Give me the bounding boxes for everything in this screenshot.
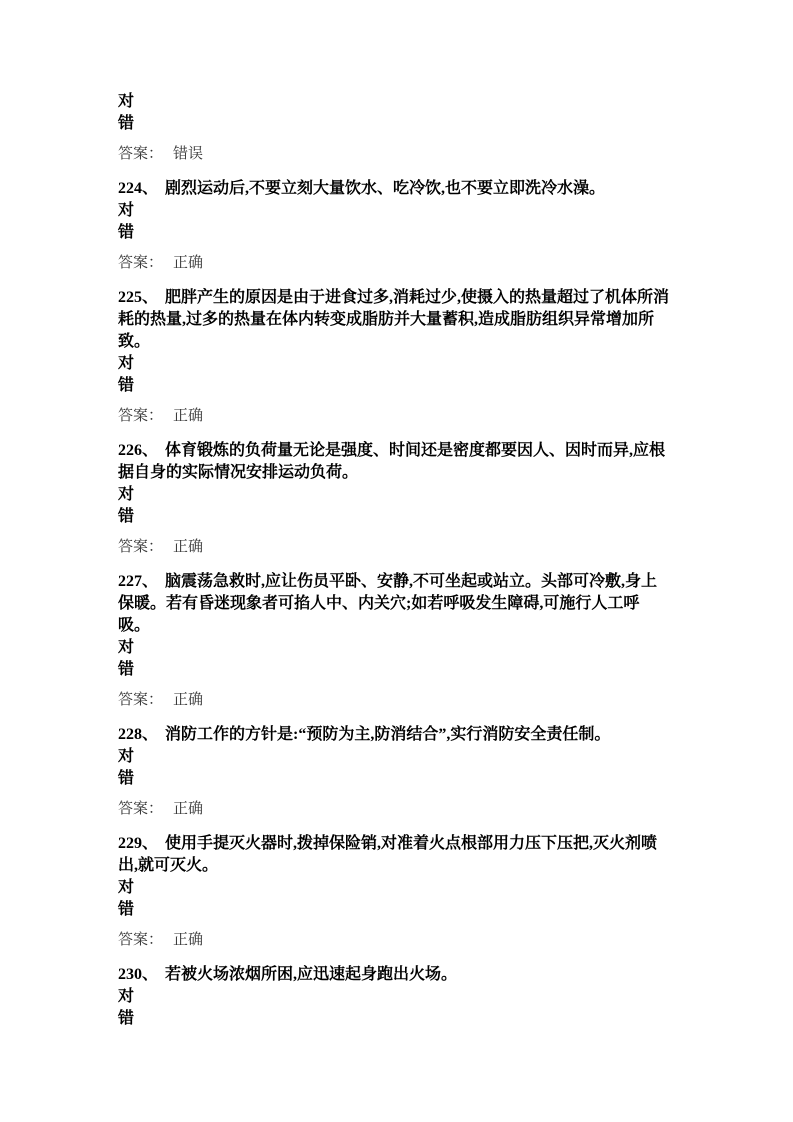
question-number: 224、 <box>118 180 158 197</box>
option-false: 错 <box>118 899 670 921</box>
answer-line: 答案：正确 <box>118 536 670 558</box>
question-text: 227、脑震荡急救时,应让伤员平卧、安静,不可坐起或站立。头部可冷敷,身上保暖。… <box>118 571 670 637</box>
document-page: 对 错 答案：错误 224、剧烈运动后,不要立刻大量饮水、吃冷饮,也不要立即洗冷… <box>0 0 793 1122</box>
question-block-224: 224、剧烈运动后,不要立刻大量饮水、吃冷饮,也不要立即洗冷水澡。 对 错 答案… <box>118 178 670 274</box>
answer-value: 正确 <box>173 932 203 948</box>
question-body: 脑震荡急救时,应让伤员平卧、安静,不可坐起或站立。头部可冷敷,身上保暖。若有昏迷… <box>118 573 657 634</box>
answer-line: 答案：错误 <box>118 143 670 165</box>
answer-line: 答案：正确 <box>118 689 670 711</box>
question-number: 226、 <box>118 442 158 459</box>
answer-label: 答案： <box>118 801 163 817</box>
question-number: 229、 <box>118 835 158 852</box>
question-fragment-223: 对 错 答案：错误 <box>118 91 670 165</box>
option-false: 错 <box>118 113 670 135</box>
option-true: 对 <box>118 353 670 375</box>
question-block-226: 226、体育锻炼的负荷量无论是强度、时间还是密度都要因人、因时而异,应根据自身的… <box>118 440 670 558</box>
question-text: 229、使用手提灭火器时,拨掉保险销,对准着火点根部用力压下压把,灭火剂喷出,就… <box>118 833 670 877</box>
answer-line: 答案：正确 <box>118 405 670 427</box>
question-text: 226、体育锻炼的负荷量无论是强度、时间还是密度都要因人、因时而异,应根据自身的… <box>118 440 670 484</box>
option-false: 错 <box>118 222 670 244</box>
question-text: 228、消防工作的方针是:“预防为主,防消结合”,实行消防安全责任制。 <box>118 724 670 746</box>
option-true: 对 <box>118 200 670 222</box>
question-block-227: 227、脑震荡急救时,应让伤员平卧、安静,不可坐起或站立。头部可冷敷,身上保暖。… <box>118 571 670 711</box>
answer-label: 答案： <box>118 539 163 555</box>
option-true: 对 <box>118 986 670 1008</box>
option-true: 对 <box>118 877 670 899</box>
answer-value: 正确 <box>173 539 203 555</box>
question-body: 使用手提灭火器时,拨掉保险销,对准着火点根部用力压下压把,灭火剂喷出,就可灭火。 <box>118 835 657 874</box>
answer-label: 答案： <box>118 692 163 708</box>
question-text: 225、肥胖产生的原因是由于进食过多,消耗过少,使摄入的热量超过了机体所消耗的热… <box>118 287 670 353</box>
question-block-228: 228、消防工作的方针是:“预防为主,防消结合”,实行消防安全责任制。 对 错 … <box>118 724 670 820</box>
question-number: 225、 <box>118 289 158 306</box>
question-number: 230、 <box>118 966 158 983</box>
answer-value: 正确 <box>173 801 203 817</box>
answer-line: 答案：正确 <box>118 252 670 274</box>
question-block-225: 225、肥胖产生的原因是由于进食过多,消耗过少,使摄入的热量超过了机体所消耗的热… <box>118 287 670 427</box>
option-true: 对 <box>118 637 670 659</box>
option-false: 错 <box>118 1008 670 1030</box>
question-number: 228、 <box>118 726 158 743</box>
answer-label: 答案： <box>118 146 163 162</box>
question-body: 肥胖产生的原因是由于进食过多,消耗过少,使摄入的热量超过了机体所消耗的热量,过多… <box>118 289 669 350</box>
option-false: 错 <box>118 506 670 528</box>
option-true: 对 <box>118 746 670 768</box>
option-false: 错 <box>118 659 670 681</box>
question-body: 剧烈运动后,不要立刻大量饮水、吃冷饮,也不要立即洗冷水澡。 <box>165 180 605 197</box>
question-block-230: 230、若被火场浓烟所困,应迅速起身跑出火场。 对 错 <box>118 964 670 1030</box>
option-true: 对 <box>118 91 670 113</box>
answer-label: 答案： <box>118 255 163 271</box>
answer-line: 答案：正确 <box>118 798 670 820</box>
answer-value: 正确 <box>173 692 203 708</box>
option-true: 对 <box>118 484 670 506</box>
question-body: 消防工作的方针是:“预防为主,防消结合”,实行消防安全责任制。 <box>165 726 610 743</box>
question-text: 230、若被火场浓烟所困,应迅速起身跑出火场。 <box>118 964 670 986</box>
option-false: 错 <box>118 375 670 397</box>
option-false: 错 <box>118 768 670 790</box>
question-body: 体育锻炼的负荷量无论是强度、时间还是密度都要因人、因时而异,应根据自身的实际情况… <box>118 442 665 481</box>
answer-value: 错误 <box>173 146 203 162</box>
question-number: 227、 <box>118 573 158 590</box>
question-body: 若被火场浓烟所困,应迅速起身跑出火场。 <box>165 966 457 983</box>
answer-label: 答案： <box>118 408 163 424</box>
answer-line: 答案：正确 <box>118 929 670 951</box>
answer-value: 正确 <box>173 255 203 271</box>
question-block-229: 229、使用手提灭火器时,拨掉保险销,对准着火点根部用力压下压把,灭火剂喷出,就… <box>118 833 670 951</box>
question-text: 224、剧烈运动后,不要立刻大量饮水、吃冷饮,也不要立即洗冷水澡。 <box>118 178 670 200</box>
answer-label: 答案： <box>118 932 163 948</box>
answer-value: 正确 <box>173 408 203 424</box>
